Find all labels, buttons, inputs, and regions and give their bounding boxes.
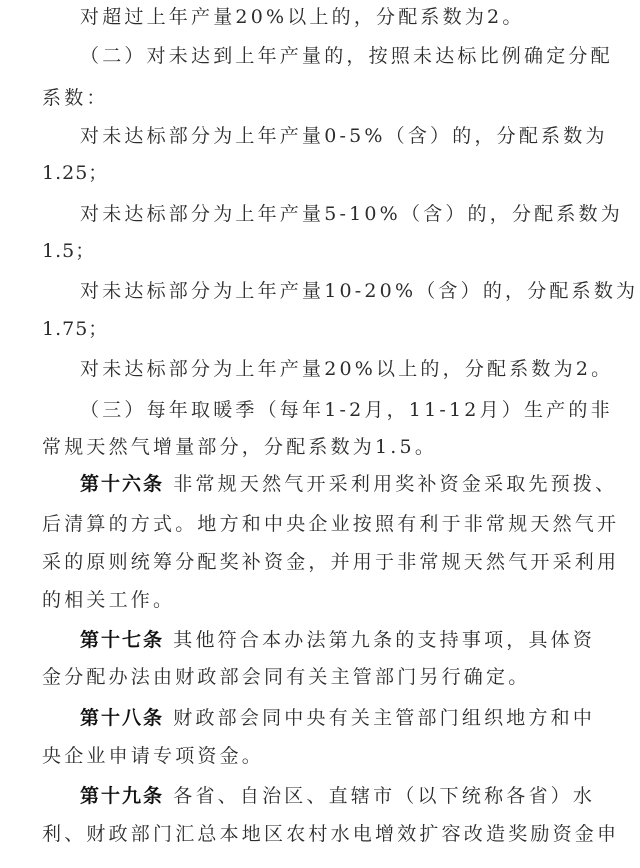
article-16-first-line: 第十六条 非常规天然气开采利用奖补资金采取先预拨、 [80, 469, 610, 499]
paragraph-line: 对未达标部分为上年产量5-10%（含）的，分配系数为 [80, 199, 610, 229]
article-text: 各省、自治区、直辖市（以下统称各省）水 [173, 785, 595, 807]
article-heading: 第十八条 [80, 707, 164, 729]
paragraph-line: 对未达标部分为上年产量0-5%（含）的，分配系数为 [80, 121, 610, 151]
paragraph-line: 对未达标部分为上年产量10-20%（含）的，分配系数为 [80, 276, 610, 306]
paragraph-line: 利、财政部门汇总本地区农村水电增效扩容改造奖励资金申 [42, 819, 572, 849]
article-text: 财政部会同中央有关主管部门组织地方和中 [173, 707, 595, 729]
article-heading: 第十六条 [80, 473, 164, 495]
paragraph-line: 对未达标部分为上年产量20%以上的，分配系数为2。 [80, 354, 610, 384]
paragraph-line: 对超过上年产量20%以上的，分配系数为2。 [80, 2, 610, 32]
article-19-first-line: 第十九条 各省、自治区、直辖市（以下统称各省）水 [80, 781, 610, 811]
article-text: 其他符合本办法第九条的支持事项，具体资 [173, 629, 595, 651]
paragraph-line: 1.5； [42, 236, 572, 266]
section-heading-line: （二）对未达到上年产量的，按照未达标比例确定分配 [80, 41, 610, 71]
paragraph-line: 1.25； [42, 158, 572, 188]
section-heading-line: （三）每年取暖季（每年1-2月，11-12月）生产的非 [80, 395, 610, 425]
paragraph-line: 金分配办法由财政部会同有关主管部门另行确定。 [42, 662, 572, 692]
paragraph-line: 常规天然气增量部分，分配系数为1.5。 [42, 432, 572, 462]
paragraph-line: 采的原则统筹分配奖补资金，并用于非常规天然气开采利用 [42, 547, 572, 577]
article-heading: 第十九条 [80, 785, 164, 807]
paragraph-line: 央企业申请专项资金。 [42, 741, 572, 771]
paragraph-line: 后清算的方式。地方和中央企业按照有利于非常规天然气开 [42, 509, 572, 539]
paragraph-line: 1.75； [42, 314, 572, 344]
paragraph-line: 系数： [42, 83, 572, 113]
document-page: 对超过上年产量20%以上的，分配系数为2。 （二）对未达到上年产量的，按照未达标… [0, 0, 640, 868]
paragraph-line: 的相关工作。 [42, 585, 572, 615]
article-17-first-line: 第十七条 其他符合本办法第九条的支持事项，具体资 [80, 625, 610, 655]
article-text: 非常规天然气开采利用奖补资金采取先预拨、 [173, 473, 617, 495]
article-18-first-line: 第十八条 财政部会同中央有关主管部门组织地方和中 [80, 703, 610, 733]
article-heading: 第十七条 [80, 629, 164, 651]
